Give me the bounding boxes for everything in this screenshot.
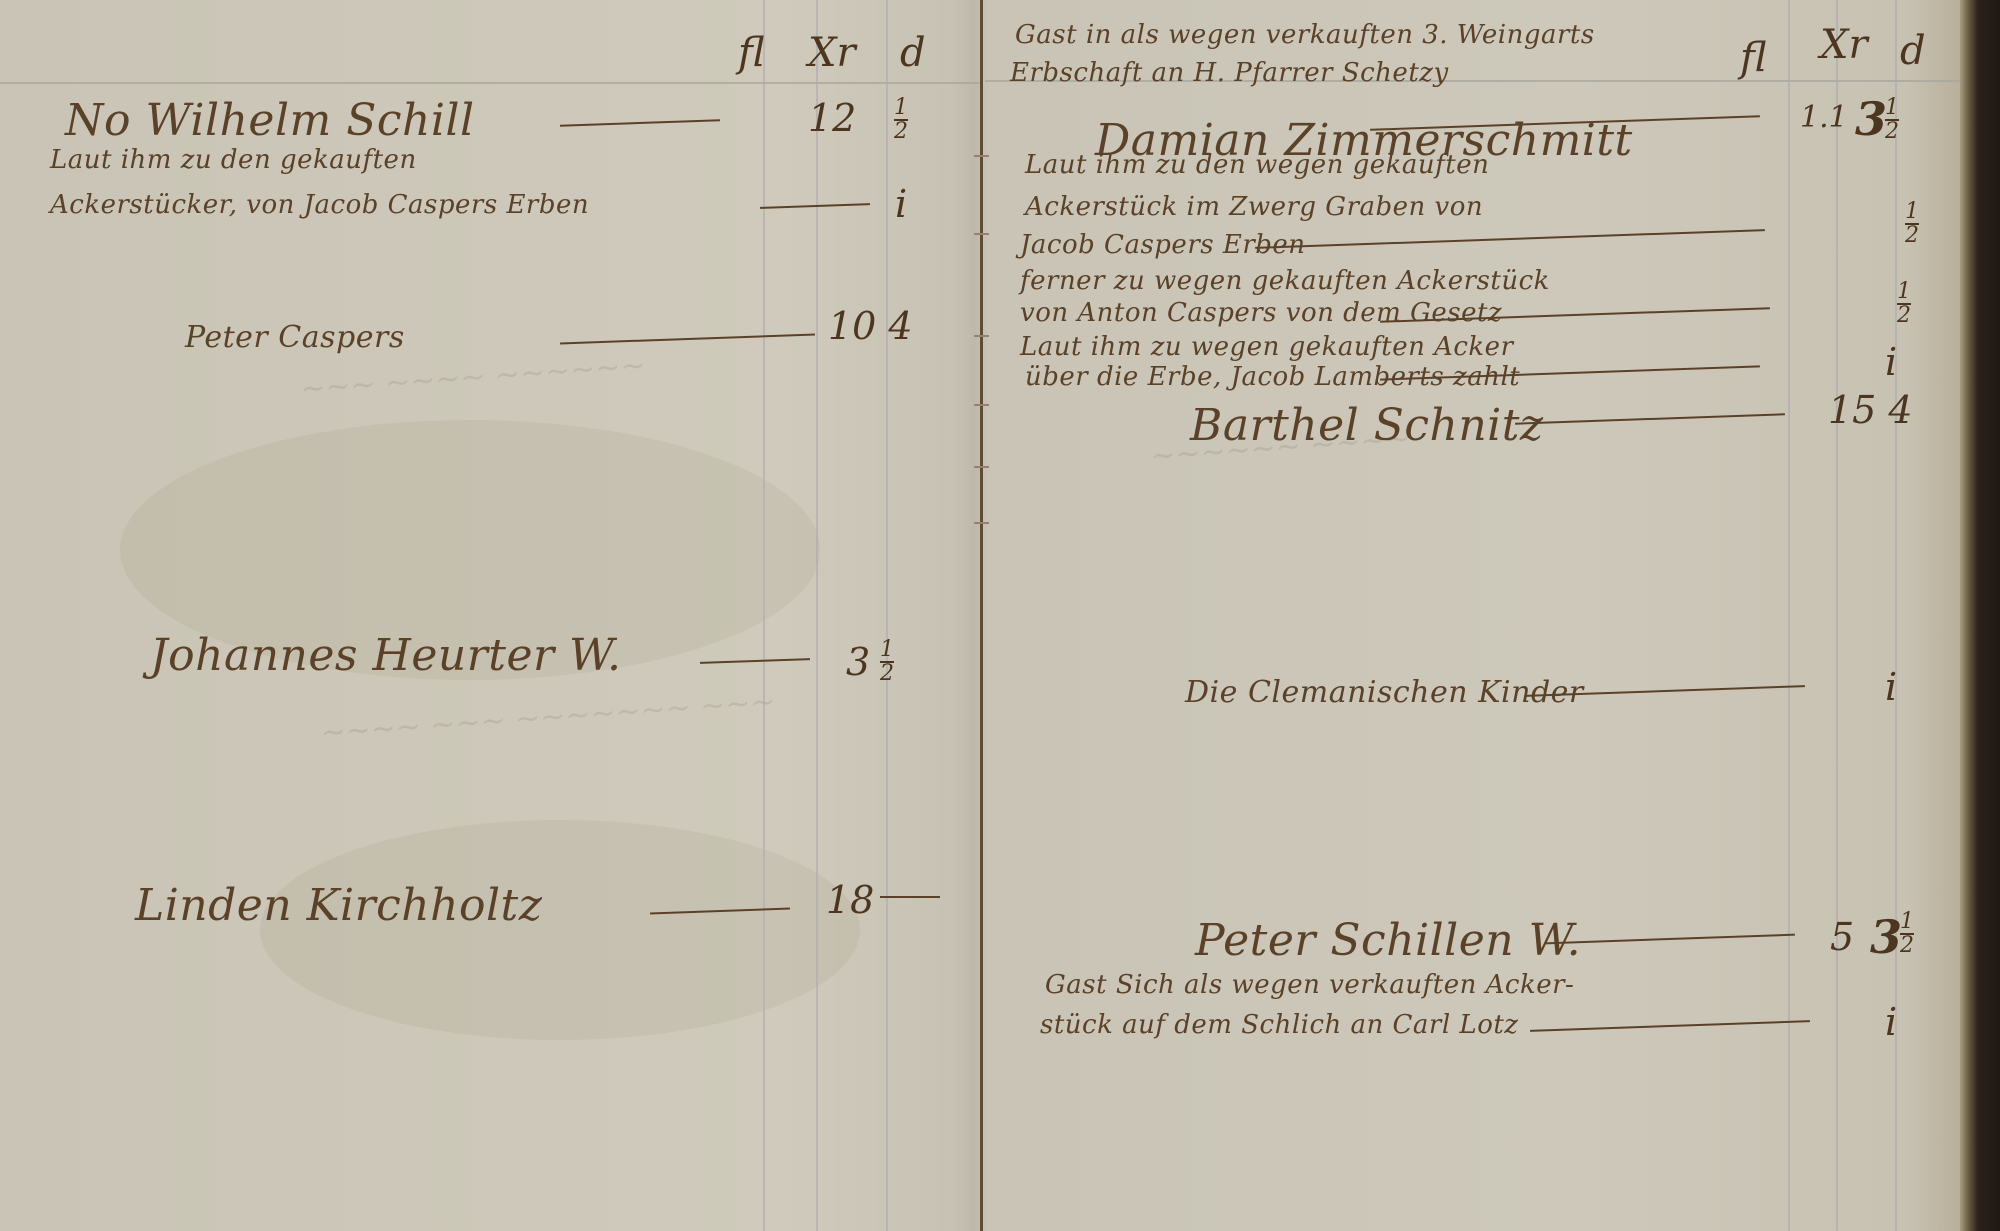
leader-line <box>560 334 815 345</box>
amount-kreuzer: 18 <box>826 878 874 922</box>
amount-fraction: 12 <box>1885 98 1899 142</box>
amount-kreuzer: 3 <box>846 640 870 684</box>
amount-kreuzer: 10 4 <box>828 304 913 348</box>
column-rule <box>816 0 818 1231</box>
left-page: fl Xr d No Wilhelm Schill 12 12 Laut ihm… <box>0 0 980 1231</box>
entry-description-line: stück auf dem Schlich an Carl Lotz <box>1040 1010 1519 1040</box>
amount-denar: i <box>1885 665 1897 709</box>
column-rule <box>1836 0 1838 1231</box>
column-header-gulden: fl <box>738 30 765 76</box>
amount-fraction: 12 <box>880 640 894 684</box>
column-rule <box>763 0 765 1231</box>
leader-line <box>1530 1020 1810 1032</box>
right-page: Gast in als wegen verkauften 3. Weingart… <box>985 0 1960 1231</box>
leader-line <box>880 896 940 898</box>
amount-denar: i <box>1885 340 1897 384</box>
amount-fraction: 12 <box>1900 912 1914 956</box>
entry-description-line: von Anton Caspers von dem Gesetz <box>1020 298 1502 328</box>
leader-line <box>650 908 790 915</box>
column-header-gulden: fl <box>1740 35 1767 81</box>
amount-kreuzer-bold: 3 <box>1870 910 1902 964</box>
leader-line <box>760 203 870 209</box>
amount-kreuzer: 1.1 <box>1800 100 1848 135</box>
leader-line <box>1515 413 1785 424</box>
entry-name: Linden Kirchholtz <box>135 880 542 931</box>
top-note-line: Gast in als wegen verkauften 3. Weingart… <box>1015 20 1595 50</box>
amount-fraction: 12 <box>894 98 908 142</box>
ledger-spread: ~~~ ~~~~ ~~~~~~ ~~~~ ~~~ ~~~~~~~ ~~~ ~~~… <box>0 0 1965 1231</box>
header-rule <box>0 82 980 84</box>
leader-line <box>1255 229 1765 249</box>
amount-denar: i <box>895 182 907 226</box>
column-header-kreuzer: Xr <box>1820 22 1868 68</box>
column-header-denar: d <box>900 30 926 76</box>
entry-description-line: Laut ihm zu wegen gekauften Acker <box>1020 332 1514 362</box>
amount-fraction: 12 <box>1905 202 1919 246</box>
amount-kreuzer: 15 4 <box>1828 388 1913 432</box>
amount-kreuzer: 12 <box>808 96 856 140</box>
entry-name: Barthel Schnitz <box>1190 400 1544 451</box>
entry-description-line: Ackerstück im Zwerg Graben von <box>1025 192 1483 222</box>
page-edge <box>1960 0 2000 1231</box>
amount-fraction: 12 <box>1897 282 1911 326</box>
top-note-line: Erbschaft an H. Pfarrer Schetzy <box>1010 58 1449 88</box>
entry-description-line: Jacob Caspers Erben <box>1020 230 1306 260</box>
book-binding <box>980 0 983 1231</box>
column-rule <box>1895 0 1897 1231</box>
column-rule <box>1788 0 1790 1231</box>
column-rule <box>886 0 888 1231</box>
amount-denar: i <box>1885 1000 1897 1044</box>
entry-description-line: Laut ihm zu den gekauften <box>50 145 417 175</box>
entry-name: Peter Schillen W. <box>1195 915 1581 966</box>
entry-description-line: ferner zu wegen gekauften Ackerstück <box>1020 266 1550 296</box>
leader-line <box>700 658 810 664</box>
column-header-kreuzer: Xr <box>808 30 856 76</box>
entry-name: Die Clemanischen Kinder <box>1185 675 1584 710</box>
amount-kreuzer-bold: 3 <box>1855 92 1887 146</box>
column-header-denar: d <box>1900 28 1926 74</box>
entry-name: No Wilhelm Schill <box>65 95 475 146</box>
leader-line <box>560 119 720 127</box>
entry-name: Johannes Heurter W. <box>150 630 622 681</box>
entry-description-line: Gast Sich als wegen verkauften Acker- <box>1045 970 1574 1000</box>
entry-name: Peter Caspers <box>185 320 405 355</box>
amount-kreuzer: 5 <box>1830 915 1854 959</box>
entry-description-line: Ackerstücker, von Jacob Caspers Erben <box>50 190 589 220</box>
leader-line <box>1545 934 1795 945</box>
entry-description-line: Laut ihm zu den wegen gekauften <box>1025 150 1489 180</box>
